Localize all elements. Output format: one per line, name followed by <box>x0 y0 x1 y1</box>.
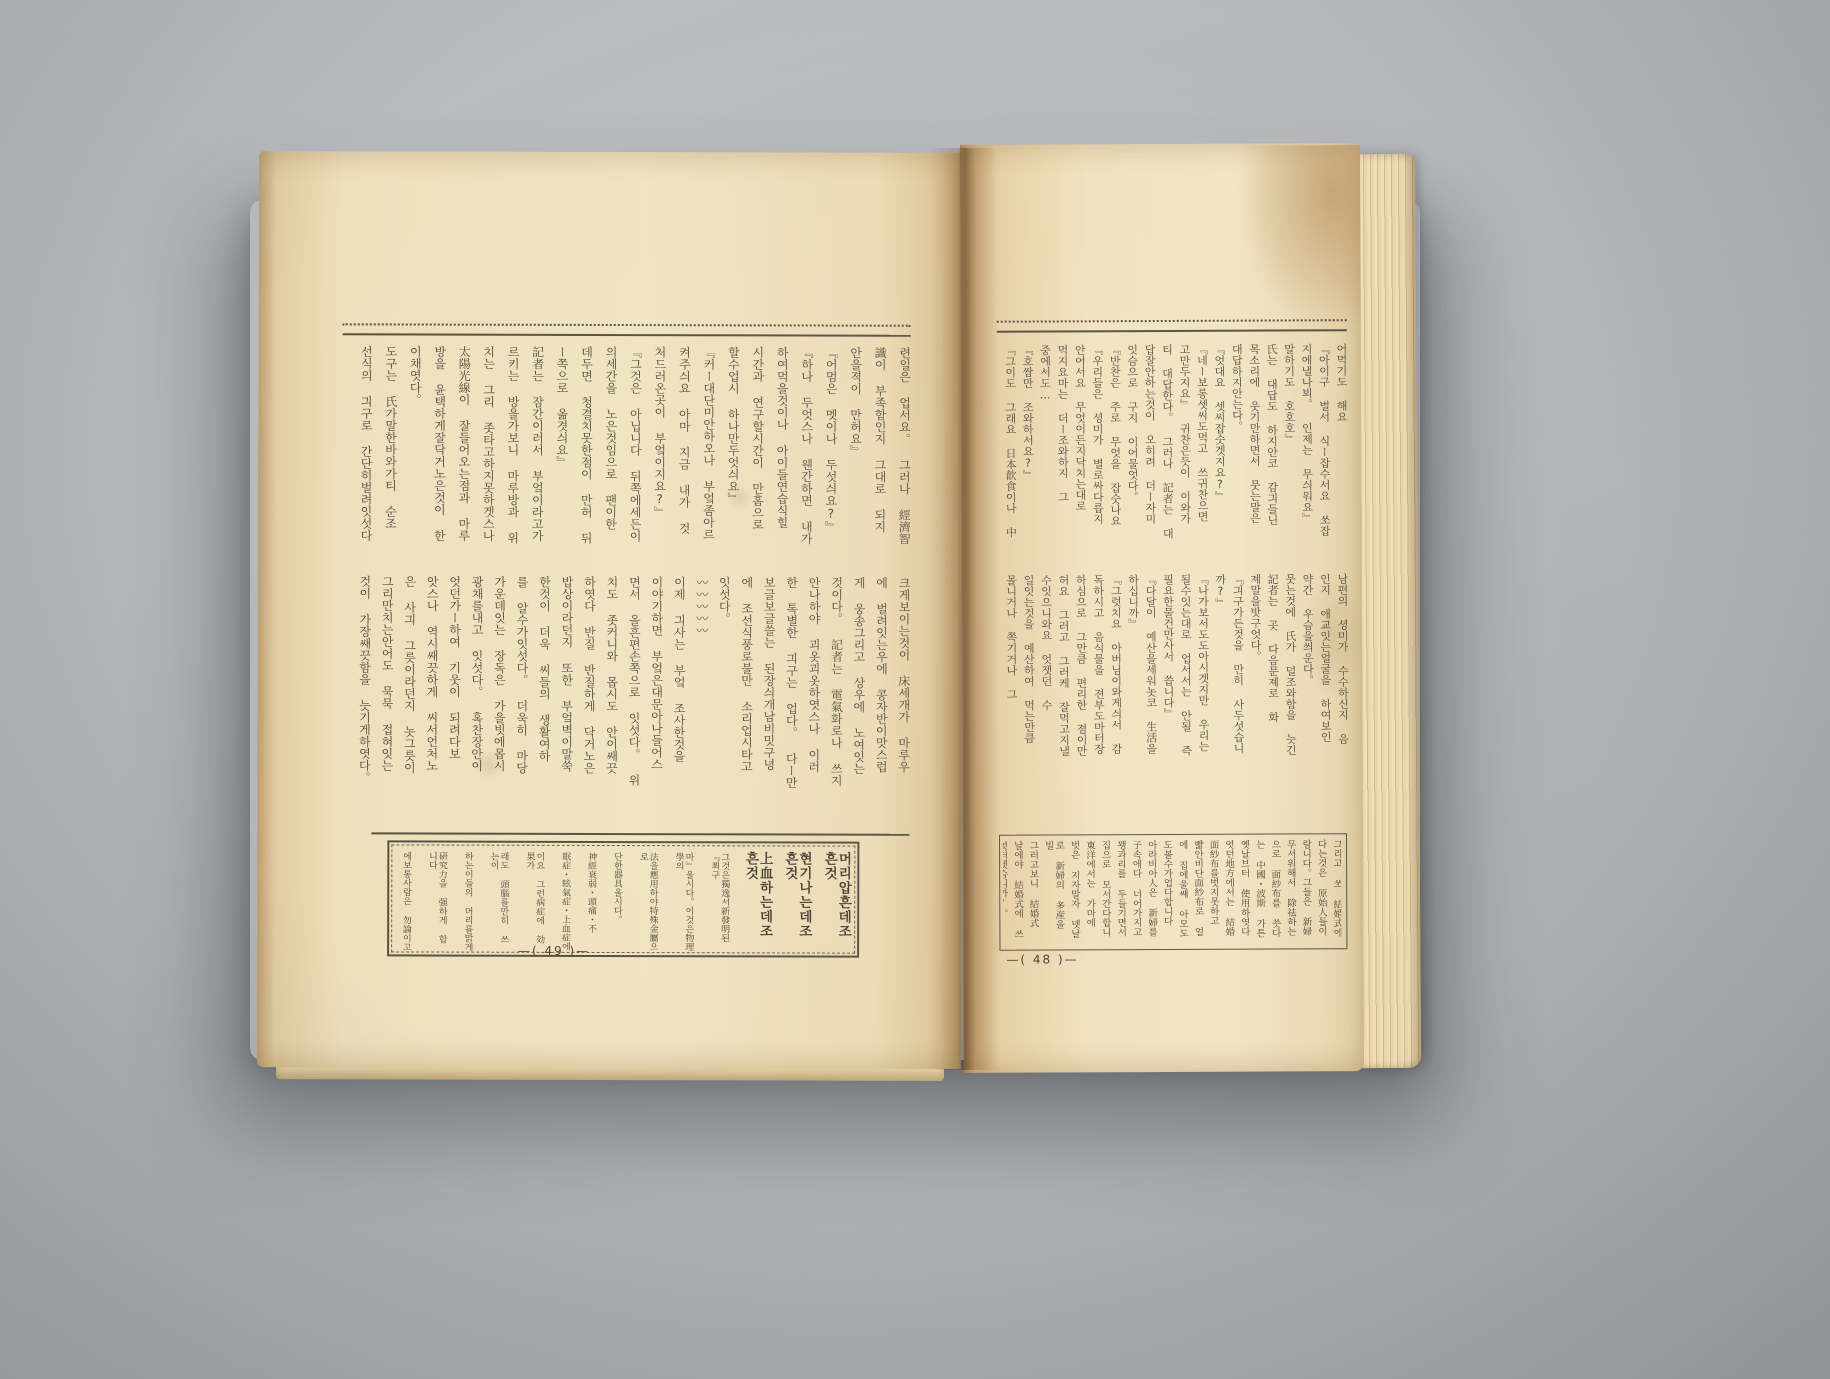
text-column: ー쪽으로 옮겻싀요』 <box>555 346 568 564</box>
text-column: 이요 그런病症에 効果가 <box>523 852 543 952</box>
text-column: 『네ー보롱셋씨도먹고 쓰귀찬으면 <box>1196 344 1208 562</box>
text-column: 『호쌈만 조와하서요?』 <box>1022 345 1034 563</box>
text-column: 목소리에 웃기만하면서 뭇는말은 <box>1248 344 1260 562</box>
headline-column: 현기나는데조흔것 <box>782 851 811 952</box>
text-column: 엇더켓슴니까?。 <box>1003 841 1007 945</box>
text-column: 데두면 청결치못한점이 만허 뒤 <box>580 346 593 564</box>
text-column: 面紗布를벗지못하고 <box>1207 840 1218 944</box>
text-column: 대답하지안는다。 <box>1231 344 1243 562</box>
text-column: 광채를내고 잇섯다。 혹찬장안이 <box>470 576 483 836</box>
text-column: 련일은 업서요。 그러나 經濟智 <box>898 347 911 565</box>
text-column: 그리만치는안어도 묵묵 접혀잇는 <box>380 575 393 835</box>
text-column: 記者는 곳 다음문졔로 화 <box>1267 573 1280 833</box>
text-column: 밥상이라던지 또한 부엌벽이말쑥 <box>560 576 573 836</box>
advertisement-inner-border: 머리압흔데조흔것현기나는데조흔것上血하는데조흔것 그것은獨逸서新發明된『쬐구마』… <box>391 844 855 953</box>
text-column: 에 집에울쌔 아모도 <box>1176 840 1187 944</box>
text-column: 記者는 잠간이러서 부엌이라고가 <box>531 346 544 564</box>
right-band-2: 남편의 셩미가 수수하신지 음인지 애교잇는얼굴을 하여보인약간 우슴을씌운다。… <box>998 573 1349 835</box>
left-band-2: 크게보이는것이 床세개가 마루우에 벌려잇는우에 콩자반이맛스럽게 웅송그리고 … <box>341 575 910 836</box>
text-column: 날에야 結婚式에 쓰 <box>1011 841 1022 945</box>
text-column: 할수업시 하나만두엇싀요』 <box>726 346 739 564</box>
ad-headline: 머리압흔데조흔것현기나는데조흔것上血하는데조흔것 <box>730 846 854 952</box>
wavy-top-rule <box>997 319 1347 333</box>
text-column: 집으로 모서간다합니 <box>1099 840 1110 944</box>
text-column: 졔말을밧구엇다。 <box>1249 574 1262 834</box>
text-column: 이야기하면 부엌은대문아나들어스 <box>650 576 663 836</box>
text-column: 안나하야 괴옷괴옷하엿스나 이러 <box>807 577 820 837</box>
text-column: 중에서도… <box>1039 344 1051 562</box>
text-column: 『그것은 아닙니다 뒤쪽에세든이 <box>628 346 641 564</box>
text-column: 도볼수가업다합니다 <box>1161 840 1172 944</box>
text-column: 『나가보서도도아시겟지만 우리는 <box>1197 574 1210 834</box>
text-column: 다는것은 原始人들이 <box>1315 839 1326 943</box>
text-column: 안을젹이 만허요』 <box>849 347 862 565</box>
text-column: 에보통사람은 勿論이고 <box>400 851 410 951</box>
text-column: 太陽光線이 잘들어오는점과 마루 <box>457 346 470 564</box>
text-column: 엇던가ー하여 기웃이 되려다보 <box>448 576 461 836</box>
text-column: 시간과 연구할시간이 만홈으로 <box>751 346 764 564</box>
page-number-right: —( 48 )— <box>978 952 1108 967</box>
text-column: 에 벌려잇는우에 콩자반이맛스럽 <box>874 577 887 837</box>
text-column: 하십니까』 <box>1127 574 1140 834</box>
text-column: 람니다。그들은 新婦 <box>1300 839 1311 943</box>
left-page: 련일은 업서요。 그러나 經濟智識이 부족함인지 그대로 되지안을젹이 만허요』… <box>257 151 963 1069</box>
text-column: 남편의 셩미가 수수하신지 음 <box>1336 573 1349 833</box>
text-column: 『그럿치요 아버님이와게싀서 감 <box>1110 574 1123 834</box>
left-band-1: 련일은 업서요。 그러나 經濟智識이 부족함인지 그대로 되지안을젹이 만허요』… <box>342 345 911 564</box>
text-column: 아라비아人은 新婦를 <box>1145 840 1156 944</box>
text-column: 眠症・眩氣症・上血症에 <box>559 852 569 952</box>
note-box: 그리고 쏘 結婚式에다는것은 原始人들이람니다。그들은 新婦무서워해서 除祛하는… <box>999 833 1348 951</box>
note-box-text: 그리고 쏘 結婚式에다는것은 原始人들이람니다。그들은 新婦무서워해서 除祛하는… <box>1003 839 1341 944</box>
text-column: 하여먹을것이나 아이들연습식힐 <box>775 346 788 564</box>
text-column: 먹지요마는 더ー조와하지 그 <box>1056 344 1068 562</box>
text-column: 무서워해서 除祛하는 <box>1284 839 1295 943</box>
text-column: 『어멈은 멧이나 두섯싀요?』 <box>824 347 837 565</box>
text-column: 한것이 더욱 씨들의 생활여하 <box>537 576 550 836</box>
text-column: 것이 가장쌔끗함을 늣기게하엿다。 <box>358 575 371 835</box>
text-column: 에 조선식풍로불만 소리업시타고 <box>740 576 753 836</box>
text-column: 수잇으니와요 엇잿던 수 <box>1040 574 1053 834</box>
text-column: 『아이구 벌서 식ー잡수서요 쏘잡 <box>1318 343 1330 561</box>
text-column: 를 알수가잇섯다。 더욱히 마당 <box>515 576 528 836</box>
text-column: 어먹기도 해요 <box>1335 343 1347 561</box>
text-column: 氏는 대답도 하지안코 감긔들닌 <box>1266 343 1278 561</box>
text-column: 한 톡별한 긔구는 업다。 다ー만 <box>785 576 798 836</box>
text-column: 치는 그리 좃타고하지못하겟스나 <box>482 346 495 564</box>
headline-column: 머리압흔데조흔것 <box>822 852 851 953</box>
text-column: 識이 부족함인지 그대로 되지 <box>873 347 886 565</box>
photo-stage: 련일은 업서요。 그러나 經濟智識이 부족함인지 그대로 되지안을젹이 만허요』… <box>0 0 1830 1379</box>
text-column: 『엇대요 셋씨잡숫겟지요?』 <box>1213 344 1225 562</box>
headline-column: 上血하는데조흔것 <box>743 851 772 952</box>
text-column: 일잇는것을 예산하여 먹는만큼 <box>1023 575 1036 835</box>
text-column: 티 대답한다。 그러나 記者는 대 <box>1161 344 1173 562</box>
text-column: 硏究力을 强하게 합니다 <box>426 852 446 952</box>
text-column: 될수잇는대로 업서서는 안될 즉 <box>1179 574 1192 834</box>
text-column: 그러고보니 結婚式 <box>1027 841 1038 945</box>
text-column: 『반찬은 주로 무엇을 잡숫나요 <box>1109 344 1121 562</box>
text-column: 고만두지요』 귀찬은듯이 이와가 <box>1178 344 1190 562</box>
text-column: 치도 좃커니와 몹시도 안이쌔끗 <box>605 576 618 836</box>
text-column: 子속에다 너어가지고 <box>1130 840 1141 944</box>
text-column: 『커ー대단미안하오나 부엌좀아르 <box>702 346 715 564</box>
right-text-block: 어먹기도 해요『아이구 벌서 식ー잡수서요 쏘잡지에낼나뵈。 인제는 무싀워요』… <box>997 319 1350 973</box>
text-column: 필요한물건만사서 씁니다』 <box>1162 574 1175 834</box>
text-column: 것이다。 記者는 電氣화로나 쓰지 <box>830 577 843 837</box>
ad-body-text: 그것은獨逸서新發明된『쬐구마』울시다。이것은物理學의法을應用하야特殊金屬으로단한… <box>392 845 730 952</box>
wavy-top-rule <box>343 323 911 336</box>
text-column: 꽹과리를 두들기면서 <box>1114 840 1125 944</box>
text-column: 『우리들은 셩미가 별로싸다릅지 <box>1091 344 1103 562</box>
text-column: 엇던地方에서는 結婚 <box>1223 840 1234 944</box>
text-column: 옛날브터 使用하엿다 <box>1238 840 1249 944</box>
text-column: 말하기도 호호호』 <box>1283 343 1295 561</box>
text-column: 선식의 긔구로 간단히벌려잇섯다 <box>359 345 372 563</box>
text-column: 〰〰〰〰〰 <box>695 576 708 836</box>
text-column: 까?』 <box>1214 574 1227 834</box>
text-column: 몰니거나 쪽기거나 그 <box>1005 575 1018 835</box>
text-column: 래도 頭腦를만히 쓰는이 <box>487 852 507 952</box>
text-column: 면서 올흔편손쪽으로 잇섯다。 위 <box>627 576 640 836</box>
text-column: 가운데잇는 장독은 가을빗에몹시 <box>493 576 506 836</box>
text-column: 東洋에서는 가마에 <box>1084 840 1095 944</box>
text-column: 벗은 지자말자 녯날 <box>1068 840 1079 944</box>
page-number-left: —( 49 )— <box>479 944 629 958</box>
text-column: 인지 애교잇는얼굴을 하여보인 <box>1319 573 1332 833</box>
text-column: 보글보글쓸는 된장싀개남비밋구녕 <box>762 576 775 836</box>
right-page: 어먹기도 해요『아이구 벌서 식ー잡수서요 쏘잡지에낼나뵈。 인제는 무싀워요』… <box>960 143 1364 1073</box>
left-text-block: 련일은 업서요。 그러나 經濟智識이 부족함인지 그대로 되지안을젹이 만허요』… <box>341 323 911 972</box>
text-column: 하심으로 그만큼 편리한 졈이만 <box>1075 574 1088 834</box>
text-column: 뭇는것에 氏가 덜조와함을 늣긴 <box>1284 573 1297 833</box>
text-column: 안어서요 무엇이든지닥치는대로 <box>1074 344 1086 562</box>
text-column: 하엿다 반질 반질하게 닥거노은 <box>582 576 595 836</box>
text-column: 방을 윤택하게잘닥거노은것이 한 <box>433 346 446 564</box>
text-column: 『긔구가든것을 만히 사두섯습니 <box>1232 574 1245 834</box>
text-column: 이제 긔사는 부엌 조사한것을 <box>672 576 685 836</box>
text-column: 『하나 두엇스나 웬간하면 내가 <box>800 346 813 564</box>
text-column: 로 新婦의 多産을 빌 <box>1042 840 1063 944</box>
text-column: 잇섯다。 <box>717 576 730 836</box>
text-column: 지에낼나뵈。 인제는 무싀워요』 <box>1301 343 1313 561</box>
text-column: 잇슴으로 구지 이어물엇다。 <box>1126 344 1138 562</box>
text-column: 그것은獨逸서新發明된『쬐구 <box>708 852 728 952</box>
text-column: 하는이들의 머리를맑게 <box>462 852 472 952</box>
text-column: 法을應用하야特殊金屬으로 <box>637 852 657 952</box>
advertisement-box: 머리압흔데조흔것현기나는데조흔것上血하는데조흔것 그것은獨逸서新發明된『쬐구마』… <box>387 840 859 957</box>
text-column: 神經衰弱・頭痛・不 <box>585 852 595 952</box>
text-column: 의세간을 노은것임으로 팬이한 <box>604 346 617 564</box>
text-column: 켜주싀요 아마 지금 내가 것 <box>677 346 690 564</box>
right-band-1: 어먹기도 해요『아이구 벌서 식ー잡수서요 쏘잡지에낼나뵈。 인제는 무싀워요』… <box>997 343 1348 563</box>
text-column: 이채엿다。 <box>408 345 421 563</box>
text-column: 앗스나 역시쌔끗하게 씨서언처노 <box>425 576 438 836</box>
text-column: 답잘안하는것이 오히려 더ー자미 <box>1144 344 1156 562</box>
corner-stain <box>1242 145 1361 331</box>
text-column: 으로 面紗布를 씃다 <box>1269 839 1280 943</box>
text-column: 는 中國・波斯 가튼 <box>1253 840 1264 944</box>
text-column: 그리고 쏘 結婚式에 <box>1331 839 1342 943</box>
text-column: 『그이도 그래요 日本飮食이나 中 <box>1004 345 1016 563</box>
text-column: 허요 그러고 그러케 잘먹고지낼 <box>1057 574 1070 834</box>
text-column: 마』울시다。이것은物理學의 <box>673 852 693 952</box>
text-column: 크게보이는것이 床세개가 마루우 <box>897 577 910 837</box>
text-column: 독하시고 음식물을 젼부도마터장 <box>1092 574 1105 834</box>
text-column: 『다달이 예산을세워놋코 生活을 <box>1145 574 1158 834</box>
text-column: 약간 우슴을씌운다。 <box>1302 573 1315 833</box>
text-column: 뺣안비단面紗布로 얼 <box>1192 840 1203 944</box>
text-column: 도구는 氏가말한바와가티 순조 <box>384 345 397 563</box>
text-column: 처드러온곳이 부엌이지요?』 <box>653 346 666 564</box>
text-column: 게 웅송그리고 상우에 노여잇는 <box>852 577 865 837</box>
text-column: 르키는 방을가보니 마루방과 위 <box>506 346 519 564</box>
text-column: 단한器具울시다。 <box>611 852 621 952</box>
text-column: 은 사긔 그릇이라던지 놋그릇이 <box>403 575 416 835</box>
